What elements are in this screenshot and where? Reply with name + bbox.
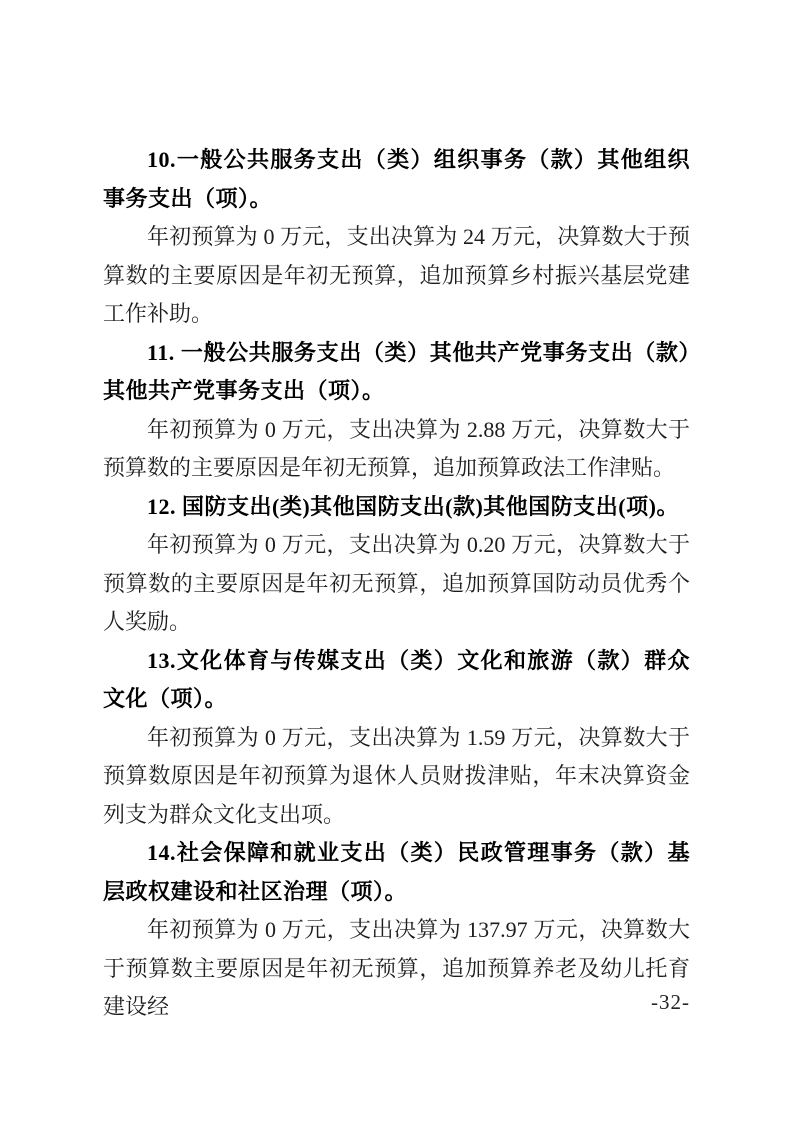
section-14-heading: 14.社会保障和就业支出（类）民政管理事务（款）基层政权建设和社区治理（项）。 [103,834,690,911]
section-13-body: 年初预算为 0 万元，支出决算为 1.59 万元，决算数大于预算数原因是年初预算… [103,719,690,835]
section-10-body: 年初预算为 0 万元，支出决算为 24 万元，决算数大于预算数的主要原因是年初无… [103,218,690,334]
section-11: 11. 一般公共服务支出（类）其他共产党事务支出（款）其他共产党事务支出（项）。… [103,334,690,488]
page-number: -32- [651,990,690,1015]
section-11-heading: 11. 一般公共服务支出（类）其他共产党事务支出（款）其他共产党事务支出（项）。 [103,334,690,411]
section-10-heading: 10.一般公共服务支出（类）组织事务（款）其他组织事务支出（项）。 [103,141,690,218]
document-content: 10.一般公共服务支出（类）组织事务（款）其他组织事务支出（项）。 年初预算为 … [103,141,690,1027]
section-13: 13.文化体育与传媒支出（类）文化和旅游（款）群众文化（项）。 年初预算为 0 … [103,642,690,835]
section-10: 10.一般公共服务支出（类）组织事务（款）其他组织事务支出（项）。 年初预算为 … [103,141,690,334]
section-12-body: 年初预算为 0 万元，支出决算为 0.20 万元，决算数大于预算数的主要原因是年… [103,526,690,642]
section-12-heading: 12. 国防支出(类)其他国防支出(款)其他国防支出(项)。 [103,488,690,527]
document-page: 10.一般公共服务支出（类）组织事务（款）其他组织事务支出（项）。 年初预算为 … [0,0,793,1122]
section-14-body: 年初预算为 0 万元，支出决算为 137.97 万元，决算数大于预算数主要原因是… [103,911,690,1027]
section-14: 14.社会保障和就业支出（类）民政管理事务（款）基层政权建设和社区治理（项）。 … [103,834,690,1027]
section-12: 12. 国防支出(类)其他国防支出(款)其他国防支出(项)。 年初预算为 0 万… [103,488,690,642]
section-13-heading: 13.文化体育与传媒支出（类）文化和旅游（款）群众文化（项）。 [103,642,690,719]
section-11-body: 年初预算为 0 万元，支出决算为 2.88 万元，决算数大于预算数的主要原因是年… [103,411,690,488]
